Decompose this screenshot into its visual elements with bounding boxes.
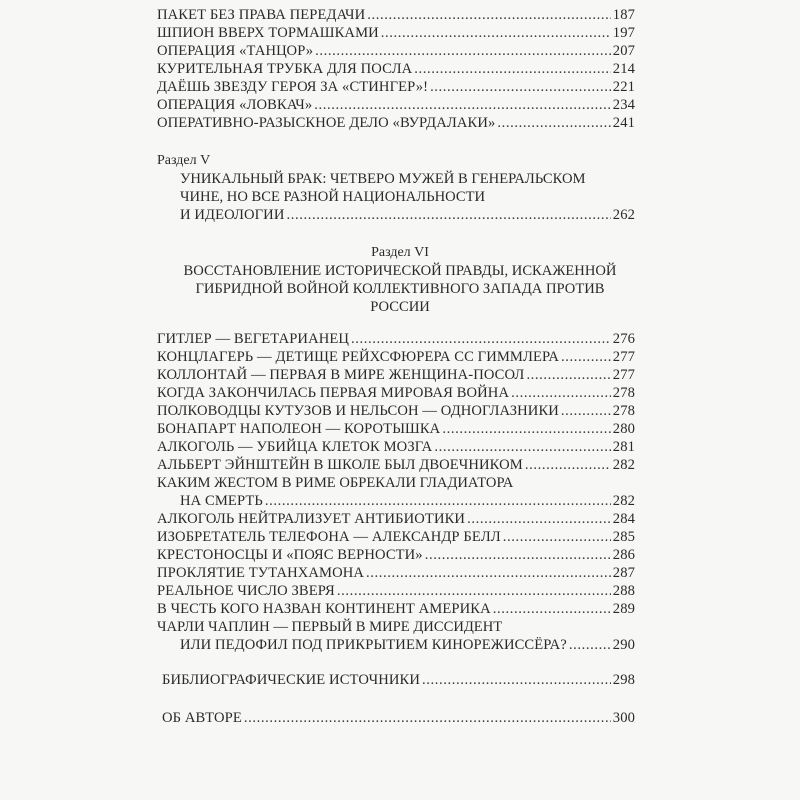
leader-dots <box>314 96 611 114</box>
leader-dots <box>569 636 611 654</box>
about-author-entry: ОБ АВТОРЕ300 <box>162 709 635 727</box>
toc-entry: ОПЕРАЦИЯ «ЛОВКАЧ»234 <box>157 96 635 114</box>
entry-title: АЛКОГОЛЬ НЕЙТРАЛИЗУЕТ АНТИБИОТИКИ <box>157 510 465 528</box>
toc-entry: ПОЛКОВОДЦЫ КУТУЗОВ И НЕЛЬСОН — ОДНОГЛАЗН… <box>157 402 635 420</box>
entry-title: ПАКЕТ БЕЗ ПРАВА ПЕРЕДАЧИ <box>157 6 365 24</box>
entry-page: 286 <box>613 546 635 564</box>
section-6-title-line: ВОССТАНОВЛЕНИЕ ИСТОРИЧЕСКОЙ ПРАВДЫ, ИСКА… <box>150 262 650 280</box>
leader-dots <box>425 546 611 564</box>
toc-entry: ПАКЕТ БЕЗ ПРАВА ПЕРЕДАЧИ187 <box>157 6 635 24</box>
leader-dots <box>351 330 611 348</box>
leader-dots <box>561 348 611 366</box>
entry-page: 277 <box>613 366 635 384</box>
entry-title: АЛЬБЕРТ ЭЙНШТЕЙН В ШКОЛЕ БЫЛ ДВОЕЧНИКОМ <box>157 456 523 474</box>
gladiator-title-line: КАКИМ ЖЕСТОМ В РИМЕ ОБРЕКАЛИ ГЛАДИАТОРА <box>157 474 513 492</box>
section-6-title-line: РОССИИ <box>150 298 650 316</box>
leader-dots <box>503 528 611 546</box>
toc-entry: ДАЁШЬ ЗВЕЗДУ ГЕРОЯ ЗА «СТИНГЕР»!221 <box>157 78 635 96</box>
entry-page: 300 <box>613 709 635 727</box>
leader-dots <box>497 114 610 132</box>
entry-page: 284 <box>613 510 635 528</box>
toc-entry: ИЛИ ПЕДОФИЛ ПОД ПРИКРЫТИЕМ КИНОРЕЖИССЁРА… <box>180 636 635 654</box>
toc-entry: ОПЕРАЦИЯ «ТАНЦОР»207 <box>157 42 635 60</box>
entry-page: 262 <box>613 206 635 224</box>
entry-page: 285 <box>613 528 635 546</box>
toc-entry: ШПИОН ВВЕРХ ТОРМАШКАМИ197 <box>157 24 635 42</box>
entry-page: 187 <box>613 6 635 24</box>
entry-title: РЕАЛЬНОЕ ЧИСЛО ЗВЕРЯ <box>157 582 335 600</box>
section-5-title-line: УНИКАЛЬНЫЙ БРАК: ЧЕТВЕРО МУЖЕЙ В ГЕНЕРАЛ… <box>180 170 585 188</box>
entry-title: КОГДА ЗАКОНЧИЛАСЬ ПЕРВАЯ МИРОВАЯ ВОЙНА <box>157 384 509 402</box>
leader-dots <box>467 510 611 528</box>
entry-title: ПОЛКОВОДЦЫ КУТУЗОВ И НЕЛЬСОН — ОДНОГЛАЗН… <box>157 402 559 420</box>
entry-title: В ЧЕСТЬ КОГО НАЗВАН КОНТИНЕНТ АМЕРИКА <box>157 600 491 618</box>
entry-page: 278 <box>613 402 635 420</box>
leader-dots <box>430 78 611 96</box>
entry-title: И ИДЕОЛОГИИ <box>180 206 284 224</box>
entry-title: ГИТЛЕР — ВЕГЕТАРИАНЕЦ <box>157 330 349 348</box>
toc-entry: КРЕСТОНОСЦЫ И «ПОЯС ВЕРНОСТИ»286 <box>157 546 635 564</box>
entry-title: БИБЛИОГРАФИЧЕСКИЕ ИСТОЧНИКИ <box>162 671 420 689</box>
leader-dots <box>366 564 611 582</box>
toc-entry: РЕАЛЬНОЕ ЧИСЛО ЗВЕРЯ288 <box>157 582 635 600</box>
bibliography-entry: БИБЛИОГРАФИЧЕСКИЕ ИСТОЧНИКИ298 <box>162 671 635 689</box>
toc-entry: АЛЬБЕРТ ЭЙНШТЕЙН В ШКОЛЕ БЫЛ ДВОЕЧНИКОМ2… <box>157 456 635 474</box>
entry-page: 289 <box>613 600 635 618</box>
entry-title: ИЛИ ПЕДОФИЛ ПОД ПРИКРЫТИЕМ КИНОРЕЖИССЁРА… <box>180 636 567 654</box>
leader-dots <box>414 60 611 78</box>
toc-entry: АЛКОГОЛЬ — УБИЙЦА КЛЕТОК МОЗГА281 <box>157 438 635 456</box>
leader-dots <box>367 6 611 24</box>
entry-page: 207 <box>613 42 635 60</box>
leader-dots <box>525 456 611 474</box>
leader-dots <box>493 600 611 618</box>
toc-entry: ГИТЛЕР — ВЕГЕТАРИАНЕЦ276 <box>157 330 635 348</box>
leader-dots <box>434 438 610 456</box>
entry-page: 214 <box>613 60 635 78</box>
entry-page: 241 <box>613 114 635 132</box>
entry-page: 281 <box>613 438 635 456</box>
leader-dots <box>381 24 611 42</box>
entry-title: ШПИОН ВВЕРХ ТОРМАШКАМИ <box>157 24 379 42</box>
toc-entry: КОЛЛОНТАЙ — ПЕРВАЯ В МИРЕ ЖЕНЩИНА-ПОСОЛ2… <box>157 366 635 384</box>
entry-title: ОПЕРАЦИЯ «ЛОВКАЧ» <box>157 96 312 114</box>
leader-dots <box>244 709 611 727</box>
leader-dots <box>422 671 611 689</box>
leader-dots <box>315 42 611 60</box>
section-5-title-line: ЧИНЕ, НО ВСЕ РАЗНОЙ НАЦИОНАЛЬНОСТИ <box>180 188 485 206</box>
leader-dots <box>442 420 610 438</box>
entry-page: 290 <box>613 636 635 654</box>
entry-title: КОЛЛОНТАЙ — ПЕРВАЯ В МИРЕ ЖЕНЩИНА-ПОСОЛ <box>157 366 524 384</box>
entry-title: ОПЕРАЦИЯ «ТАНЦОР» <box>157 42 313 60</box>
entry-title: АЛКОГОЛЬ — УБИЙЦА КЛЕТОК МОЗГА <box>157 438 432 456</box>
toc-entry: ПРОКЛЯТИЕ ТУТАНХАМОНА287 <box>157 564 635 582</box>
leader-dots <box>265 492 611 510</box>
section-5-label: Раздел V <box>157 152 210 170</box>
entry-page: 288 <box>613 582 635 600</box>
leader-dots <box>337 582 611 600</box>
entry-title: БОНАПАРТ НАПОЛЕОН — КОРОТЫШКА <box>157 420 440 438</box>
entry-title: ДАЁШЬ ЗВЕЗДУ ГЕРОЯ ЗА «СТИНГЕР»! <box>157 78 428 96</box>
entry-title: КОНЦЛАГЕРЬ — ДЕТИЩЕ РЕЙХСФЮРЕРА СС ГИММЛ… <box>157 348 559 366</box>
section-5-entry: И ИДЕОЛОГИИ262 <box>180 206 635 224</box>
toc-entry: АЛКОГОЛЬ НЕЙТРАЛИЗУЕТ АНТИБИОТИКИ284 <box>157 510 635 528</box>
entry-page: 234 <box>613 96 635 114</box>
entry-page: 282 <box>613 456 635 474</box>
entry-page: 280 <box>613 420 635 438</box>
leader-dots <box>561 402 611 420</box>
entry-title: ОПЕРАТИВНО-РАЗЫСКНОЕ ДЕЛО «ВУРДАЛАКИ» <box>157 114 495 132</box>
toc-entry: ИЗОБРЕТАТЕЛЬ ТЕЛЕФОНА — АЛЕКСАНДР БЕЛЛ28… <box>157 528 635 546</box>
entry-title: ПРОКЛЯТИЕ ТУТАНХАМОНА <box>157 564 364 582</box>
leader-dots <box>511 384 611 402</box>
toc-entry: КОНЦЛАГЕРЬ — ДЕТИЩЕ РЕЙХСФЮРЕРА СС ГИММЛ… <box>157 348 635 366</box>
entry-page: 276 <box>613 330 635 348</box>
entry-title: КУРИТЕЛЬНАЯ ТРУБКА ДЛЯ ПОСЛА <box>157 60 412 78</box>
section-6-title-line: ГИБРИДНОЙ ВОЙНОЙ КОЛЛЕКТИВНОГО ЗАПАДА ПР… <box>150 280 650 298</box>
entry-page: 197 <box>613 24 635 42</box>
entry-page: 298 <box>613 671 635 689</box>
leader-dots <box>286 206 610 224</box>
entry-title: ОБ АВТОРЕ <box>162 709 242 727</box>
leader-dots <box>526 366 610 384</box>
entry-title: НА СМЕРТЬ <box>180 492 263 510</box>
entry-page: 277 <box>613 348 635 366</box>
toc-entry: БОНАПАРТ НАПОЛЕОН — КОРОТЫШКА280 <box>157 420 635 438</box>
toc-entry: ОПЕРАТИВНО-РАЗЫСКНОЕ ДЕЛО «ВУРДАЛАКИ»241 <box>157 114 635 132</box>
entry-page: 287 <box>613 564 635 582</box>
chaplin-title-line: ЧАРЛИ ЧАПЛИН — ПЕРВЫЙ В МИРЕ ДИССИДЕНТ <box>157 618 502 636</box>
entry-title: ИЗОБРЕТАТЕЛЬ ТЕЛЕФОНА — АЛЕКСАНДР БЕЛЛ <box>157 528 501 546</box>
toc-entry: В ЧЕСТЬ КОГО НАЗВАН КОНТИНЕНТ АМЕРИКА289 <box>157 600 635 618</box>
toc-entry: КУРИТЕЛЬНАЯ ТРУБКА ДЛЯ ПОСЛА214 <box>157 60 635 78</box>
entry-page: 278 <box>613 384 635 402</box>
toc-entry: КОГДА ЗАКОНЧИЛАСЬ ПЕРВАЯ МИРОВАЯ ВОЙНА27… <box>157 384 635 402</box>
toc-entry: НА СМЕРТЬ282 <box>180 492 635 510</box>
section-6-label: Раздел VI <box>150 244 650 262</box>
toc-page: ПАКЕТ БЕЗ ПРАВА ПЕРЕДАЧИ187 ШПИОН ВВЕРХ … <box>0 0 800 800</box>
entry-page: 221 <box>613 78 635 96</box>
entry-title: КРЕСТОНОСЦЫ И «ПОЯС ВЕРНОСТИ» <box>157 546 423 564</box>
entry-page: 282 <box>613 492 635 510</box>
